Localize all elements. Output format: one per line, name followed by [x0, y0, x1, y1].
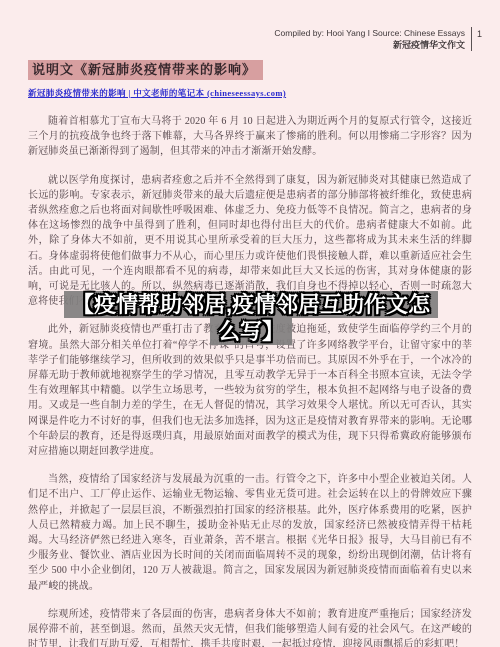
paragraph-conclusion: 综观所述，疫情带来了各层面的伤害，患病者身体大不如前；教育进度严重拖后；国家经济…: [28, 607, 472, 647]
paragraph-health-impact: 就以医学角度探讨，患病者痊愈之后并不全然得到了康复，因为新冠肺炎对其健康已然造成…: [28, 173, 472, 310]
compiled-by-text: Compiled by: Hooi Yang I Source: Chinese…: [274, 27, 465, 39]
overlay-caption-banner: 【疫情帮助邻居,疫情邻居互助作文怎么写】: [62, 291, 440, 345]
paragraph-economy-impact: 当然，疫情给了国家经济与发展最为沉重的一击。行管令之下，许多中小型企业被迫关闭。…: [28, 472, 472, 594]
page-header: Compiled by: Hooi Yang I Source: Chinese…: [274, 27, 482, 51]
header-divider: [471, 27, 472, 51]
source-link[interactable]: 新冠肺炎疫情带来的影响 | 中文老师的笔记本 (chineseessays.co…: [28, 87, 286, 99]
overlay-caption-text: 【疫情帮助邻居,疫情邻居互助作文怎么写】: [64, 291, 438, 345]
collection-title: 新冠疫情华文作文: [274, 39, 465, 51]
paragraph-intro: 随着首相慕尤丁宣布大马将于 2020 年 6 月 10 日起进入为期近两个月的复…: [28, 114, 472, 160]
header-text-block: Compiled by: Hooi Yang I Source: Chinese…: [274, 27, 465, 51]
essay-title: 说明文《新冠肺炎疫情带来的影响》: [28, 60, 263, 80]
page-number: 1: [477, 29, 482, 39]
document-page: Compiled by: Hooi Yang I Source: Chinese…: [0, 0, 500, 647]
essay-body: 随着首相慕尤丁宣布大马将于 2020 年 6 月 10 日起进入为期近两个月的复…: [28, 114, 472, 647]
